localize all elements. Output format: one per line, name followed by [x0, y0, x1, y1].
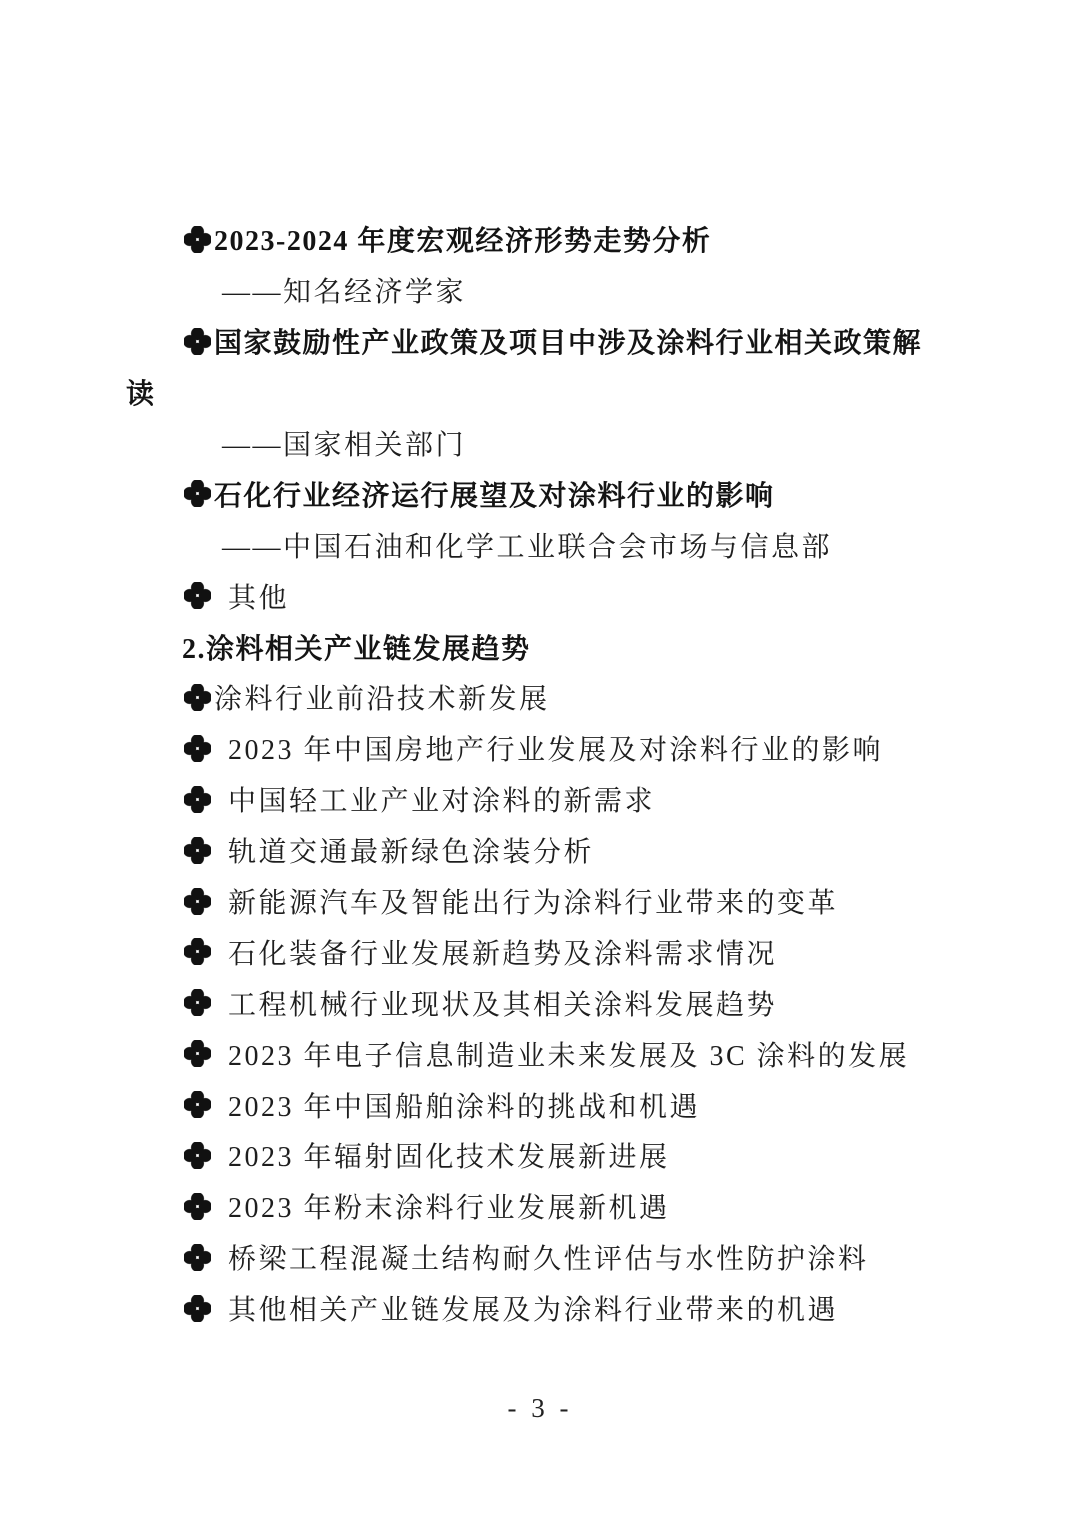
agenda-item: 2023-2024 年度宏观经济形势走势分析	[120, 214, 980, 265]
agenda-item: 涂料行业前沿技术新发展	[120, 672, 980, 723]
agenda-item-text: 涂料行业前沿技术新发展	[214, 677, 550, 717]
agenda-item-text: 2023 年粉末涂料行业发展新机遇	[228, 1186, 670, 1226]
agenda-item-text: 读	[126, 372, 156, 412]
clover-bullet-icon	[184, 786, 211, 813]
agenda-item-text: 2023-2024 年度宏观经济形势走势分析	[214, 219, 711, 259]
agenda-item-text: ——中国石油和化学工业联合会市场与信息部	[222, 525, 832, 565]
agenda-item-text: 其他	[228, 576, 289, 616]
agenda-item-text: 中国轻工业产业对涂料的新需求	[228, 779, 655, 819]
clover-bullet-icon	[184, 837, 211, 864]
agenda-item: 中国轻工业产业对涂料的新需求	[120, 774, 980, 825]
agenda-item: 轨道交通最新绿色涂装分析	[120, 825, 980, 876]
clover-bullet-icon	[184, 480, 211, 507]
agenda-item-text: 工程机械行业现状及其相关涂料发展趋势	[228, 983, 777, 1023]
agenda-item: 其他相关产业链发展及为涂料行业带来的机遇	[120, 1283, 980, 1334]
agenda-item: 桥梁工程混凝土结构耐久性评估与水性防护涂料	[120, 1232, 980, 1283]
agenda-item-text: ——知名经济学家	[222, 270, 466, 310]
agenda-item-continuation: 读	[120, 367, 980, 418]
agenda-item-text: 2023 年辐射固化技术发展新进展	[228, 1135, 670, 1175]
clover-bullet-icon	[184, 1142, 211, 1169]
clover-bullet-icon	[184, 735, 211, 762]
agenda-item-speaker: ——知名经济学家	[120, 265, 980, 316]
agenda-item-text: 其他相关产业链发展及为涂料行业带来的机遇	[228, 1288, 838, 1328]
clover-bullet-icon	[184, 938, 211, 965]
agenda-list: 2023-2024 年度宏观经济形势走势分析 ——知名经济学家 国家鼓励性产业政…	[120, 214, 980, 1334]
agenda-item-text: 桥梁工程混凝土结构耐久性评估与水性防护涂料	[228, 1237, 869, 1277]
agenda-item-text: 2023 年中国船舶涂料的挑战和机遇	[228, 1085, 700, 1125]
agenda-item-text: 石化装备行业发展新趋势及涂料需求情况	[228, 932, 777, 972]
clover-bullet-icon	[184, 1040, 211, 1067]
agenda-item: 2023 年中国房地产行业发展及对涂料行业的影响	[120, 723, 980, 774]
agenda-item: 石化装备行业发展新趋势及涂料需求情况	[120, 926, 980, 977]
section-heading: 2.涂料相关产业链发展趋势	[120, 621, 980, 672]
agenda-item: 2023 年电子信息制造业未来发展及 3C 涂料的发展	[120, 1028, 980, 1079]
agenda-item-text: 2023 年电子信息制造业未来发展及 3C 涂料的发展	[228, 1034, 909, 1074]
agenda-item-text: 新能源汽车及智能出行为涂料行业带来的变革	[228, 881, 838, 921]
clover-bullet-icon	[184, 226, 211, 253]
agenda-item-text: 国家鼓励性产业政策及项目中涉及涂料行业相关政策解	[214, 321, 922, 361]
document-page: 2023-2024 年度宏观经济形势走势分析 ——知名经济学家 国家鼓励性产业政…	[0, 0, 1080, 1527]
agenda-item: 2023 年粉末涂料行业发展新机遇	[120, 1181, 980, 1232]
page-number: - 3 -	[0, 1393, 1080, 1424]
agenda-item: 石化行业经济运行展望及对涂料行业的影响	[120, 468, 980, 519]
agenda-item-text: 2023 年中国房地产行业发展及对涂料行业的影响	[228, 728, 883, 768]
agenda-item-speaker: ——国家相关部门	[120, 418, 980, 469]
clover-bullet-icon	[184, 328, 211, 355]
section-heading-text: 2.涂料相关产业链发展趋势	[182, 627, 531, 667]
clover-bullet-icon	[184, 684, 211, 711]
agenda-item-text: ——国家相关部门	[222, 423, 466, 463]
agenda-item-text: 轨道交通最新绿色涂装分析	[228, 830, 594, 870]
clover-bullet-icon	[184, 1244, 211, 1271]
agenda-item: 工程机械行业现状及其相关涂料发展趋势	[120, 977, 980, 1028]
agenda-item-text: 石化行业经济运行展望及对涂料行业的影响	[214, 474, 775, 514]
clover-bullet-icon	[184, 1091, 211, 1118]
agenda-item: 2023 年辐射固化技术发展新进展	[120, 1130, 980, 1181]
agenda-item: 国家鼓励性产业政策及项目中涉及涂料行业相关政策解	[120, 316, 980, 367]
agenda-item: 2023 年中国船舶涂料的挑战和机遇	[120, 1079, 980, 1130]
clover-bullet-icon	[184, 582, 211, 609]
agenda-item: 其他	[120, 570, 980, 621]
clover-bullet-icon	[184, 1193, 211, 1220]
clover-bullet-icon	[184, 989, 211, 1016]
agenda-item-speaker: ——中国石油和化学工业联合会市场与信息部	[120, 519, 980, 570]
clover-bullet-icon	[184, 1295, 211, 1322]
agenda-item: 新能源汽车及智能出行为涂料行业带来的变革	[120, 876, 980, 927]
clover-bullet-icon	[184, 888, 211, 915]
